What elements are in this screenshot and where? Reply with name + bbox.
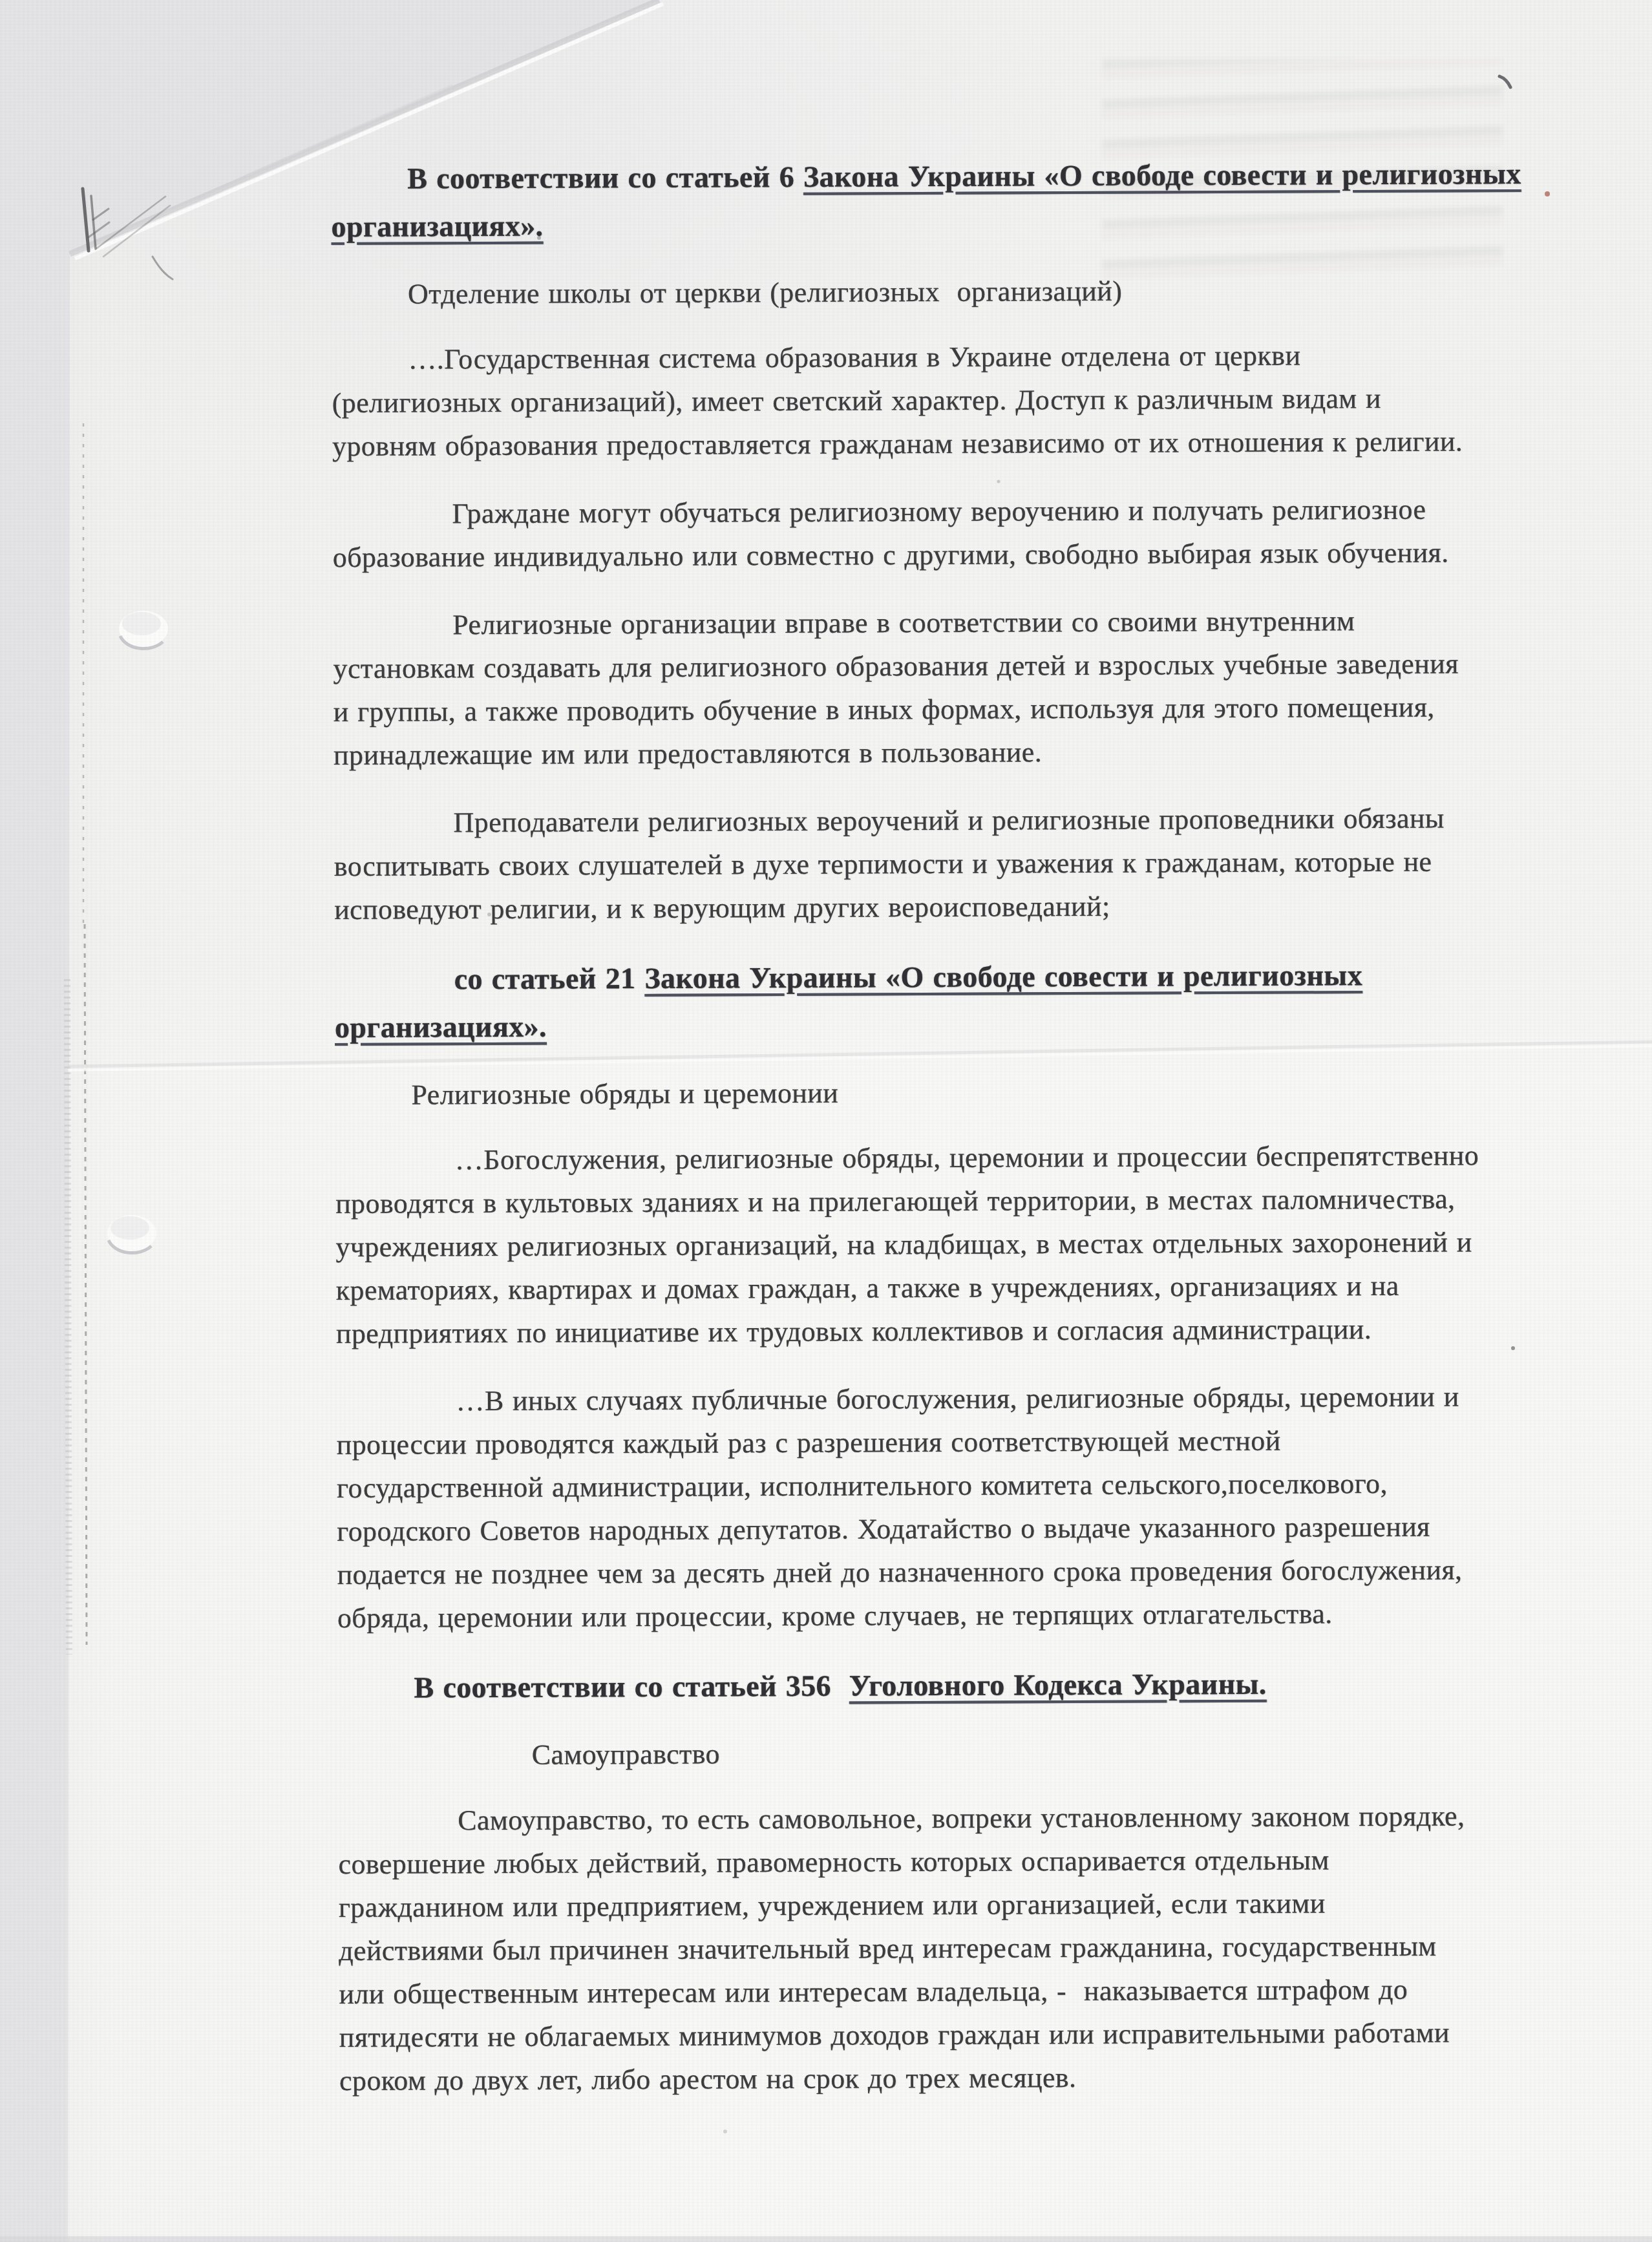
subheading: Отделение школы от церкви (религиозных о… <box>332 268 1518 316</box>
scanned-page: В соответствии со статьей 6 Закона Украи… <box>0 0 1652 2242</box>
text-line: городского Советов народных депутатов. Х… <box>337 1505 1523 1553</box>
text-line: подается не позднее чем за десять дней д… <box>337 1548 1523 1596</box>
text-line: Религиозные организации вправе в соответ… <box>333 598 1520 647</box>
text-line: принадлежащие им или предоставляются в п… <box>334 728 1520 777</box>
text-line: действиями был причинен значительный вре… <box>339 1924 1525 1972</box>
paragraph: ….Государственная система образования в … <box>332 333 1519 468</box>
binder-crease-line <box>67 423 87 1655</box>
underlined-law-title: Закона Украины «О свободе совести и рели… <box>644 958 1362 995</box>
text-line: …В иных случаях публичные богослужения, … <box>336 1375 1523 1423</box>
scanner-bottom-edge <box>0 2236 1652 2242</box>
text-line: крематориях, квартирах и домах граждан, … <box>336 1264 1523 1312</box>
text-line: Отделение школы от церкви (религиозных о… <box>332 268 1518 316</box>
text-line: обряда, церемонии или процессии, кроме с… <box>337 1591 1524 1640</box>
subheading: Самоуправство <box>338 1729 1525 1777</box>
text-line: (религиозных организаций), имеет светски… <box>332 376 1519 425</box>
text-line: ….Государственная система образования в … <box>332 333 1518 381</box>
text-line: процессии проводятся каждый раз с разреш… <box>337 1418 1523 1466</box>
subheading: Религиозные обряды и церемонии <box>335 1068 1521 1117</box>
statute-heading: со статьей 21 Закона Украины «О свободе … <box>334 951 1521 1052</box>
underlined-law-title: организациях». <box>335 1010 547 1044</box>
paragraph: Преподаватели религиозных вероучений и р… <box>334 796 1521 931</box>
statute-heading: В соответствии со статьей 356 Уголовного… <box>337 1659 1524 1712</box>
text-line: Самоуправство <box>338 1729 1525 1777</box>
text-line: сроком до двух лет, либо арестом на срок… <box>339 2054 1526 2102</box>
text-line: организациях». <box>335 999 1521 1052</box>
text-line: и группы, а также проводить обучение в и… <box>334 685 1520 734</box>
text-line: проводятся в культовых зданиях и на прил… <box>335 1177 1522 1225</box>
text-line: или общественным интересам или интересам… <box>339 1967 1525 2016</box>
text-line: Самоуправство, то есть самовольное, вопр… <box>338 1794 1525 1843</box>
text-line: со статьей 21 Закона Украины «О свободе … <box>334 951 1521 1004</box>
underlined-law-title: Закона Украины «О свободе совести и рели… <box>803 157 1521 193</box>
statute-heading: В соответствии со статьей 6 Закона Украи… <box>331 150 1518 251</box>
text-line: Религиозные обряды и церемонии <box>335 1068 1521 1117</box>
paragraph: Граждане могут обучаться религиозному ве… <box>332 487 1520 579</box>
text-line: образование индивидуально или совместно … <box>333 531 1520 579</box>
text-line: организациях». <box>331 198 1518 251</box>
text-line: В соответствии со статьей 356 Уголовного… <box>337 1659 1524 1712</box>
punch-hole <box>119 611 168 649</box>
text-line: учреждениях религиозных организаций, на … <box>335 1220 1522 1269</box>
text-line: совершение любых действий, правомерность… <box>338 1837 1525 1886</box>
punch-hole <box>107 1215 156 1253</box>
text-line: В соответствии со статьей 6 Закона Украи… <box>331 150 1518 203</box>
text-line: Преподаватели религиозных вероучений и р… <box>334 796 1520 845</box>
text-line: …Богослужения, религиозные обряды, церем… <box>335 1134 1522 1182</box>
paragraph: …В иных случаях публичные богослужения, … <box>336 1375 1524 1640</box>
text-line: воспитывать своих слушателей в духе терп… <box>334 840 1521 888</box>
paragraph: Религиозные организации вправе в соответ… <box>333 598 1520 777</box>
text-column: В соответствии со статьей 6 Закона Украи… <box>331 150 1526 2127</box>
text-line: предприятиях по инициативе их трудовых к… <box>336 1307 1523 1355</box>
paragraph: …Богослужения, религиозные обряды, церем… <box>335 1134 1523 1355</box>
text-line: Граждане могут обучаться религиозному ве… <box>332 487 1519 536</box>
paragraph: Самоуправство, то есть самовольное, вопр… <box>338 1794 1526 2102</box>
text-line: государственной администрации, исполните… <box>337 1461 1523 1510</box>
text-line: пятидесяти не облагаемых минимумов доход… <box>339 2011 1526 2059</box>
underlined-law-title: Уголовного Кодекса Украины. <box>849 1667 1267 1702</box>
text-line: установкам создавать для религиозного об… <box>333 642 1520 690</box>
text-line: исповедуют религии, и к верующим других … <box>334 883 1521 931</box>
text-line: уровням образования предоставляется граж… <box>332 419 1519 468</box>
underlined-law-title: организациях». <box>331 209 543 243</box>
text-line: гражданином или предприятием, учреждение… <box>339 1881 1525 1929</box>
